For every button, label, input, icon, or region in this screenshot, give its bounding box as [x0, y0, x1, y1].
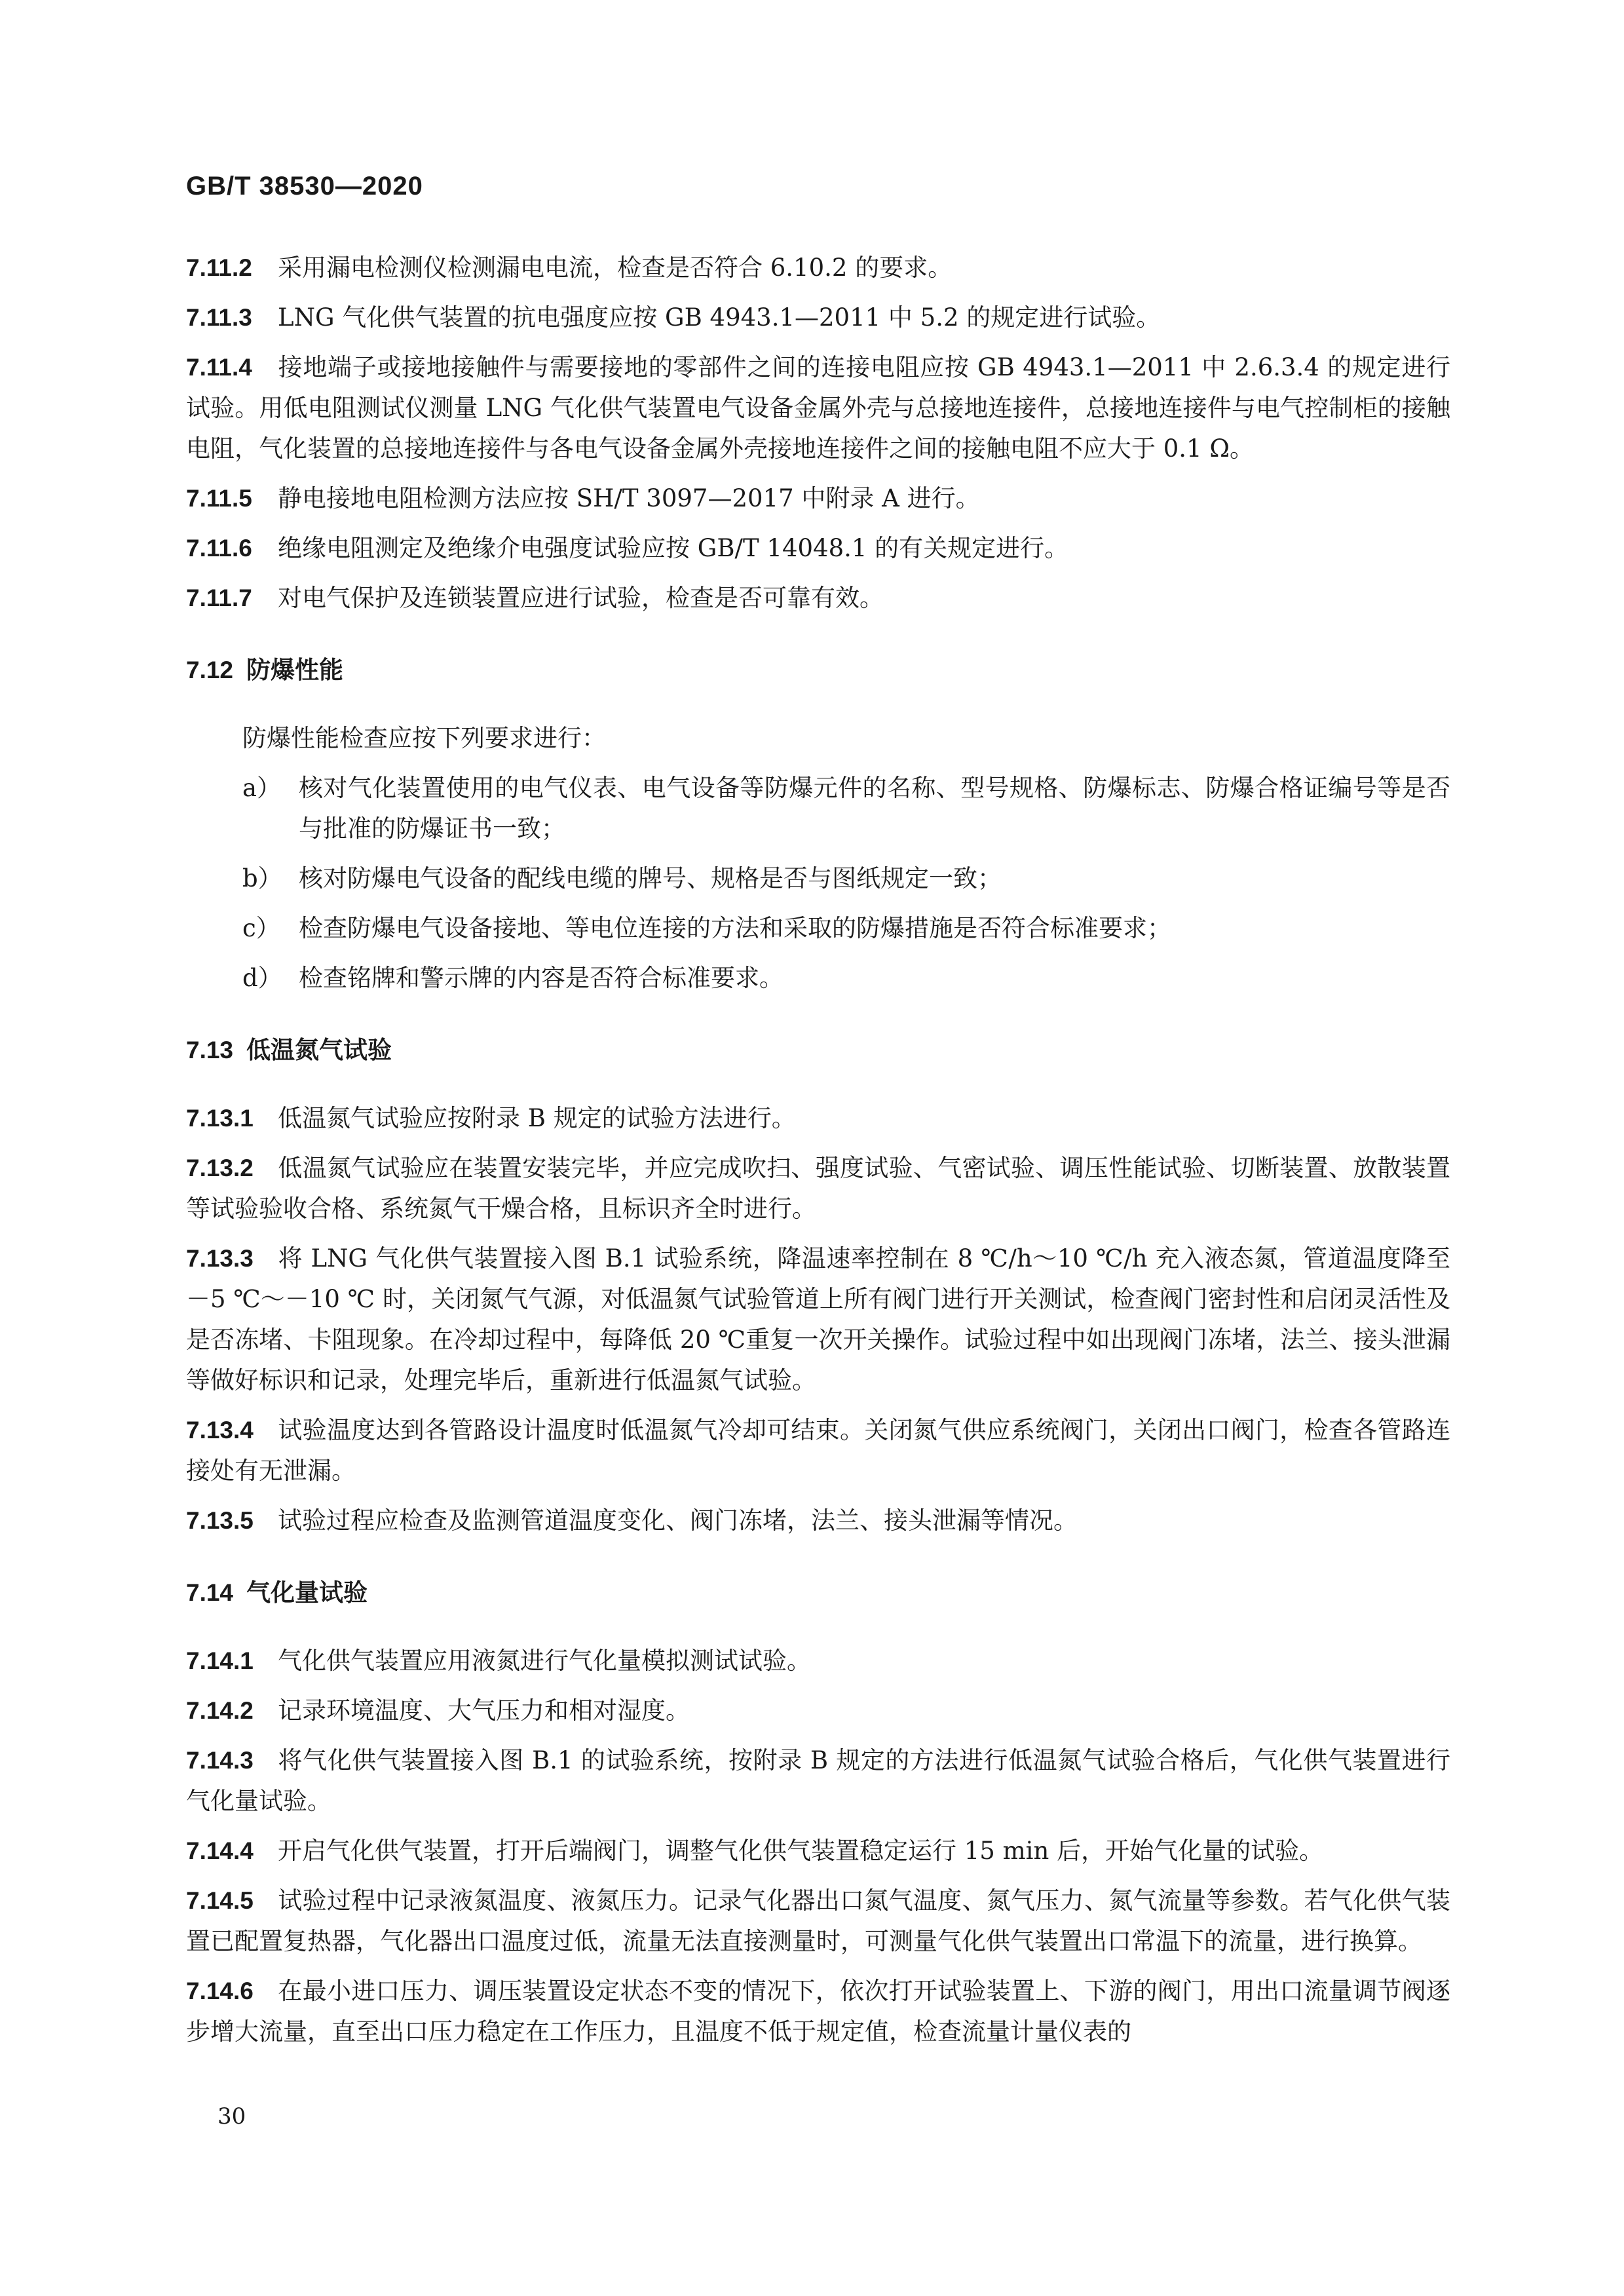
- clause-number: 7.14.5: [186, 1881, 278, 1921]
- clause-text: 低温氮气试验应按附录 B 规定的试验方法进行。: [278, 1104, 796, 1132]
- list-marker: b）: [242, 858, 299, 899]
- clause-number: 7.14.4: [186, 1831, 278, 1871]
- section-title: 气化量试验: [246, 1579, 368, 1606]
- list-text: 检查铭牌和警示牌的内容是否符合标准要求。: [299, 958, 1450, 999]
- clause-text: 试验过程应检查及监测管道温度变化、阀门冻堵，法兰、接头泄漏等情况。: [278, 1506, 1078, 1535]
- section-heading-7-14: 7.14气化量试验: [186, 1573, 1450, 1613]
- list-item-d: d）检查铭牌和警示牌的内容是否符合标准要求。: [242, 958, 1450, 999]
- clause-number: 7.11.7: [186, 578, 278, 619]
- clause-7-11-5: 7.11.5静电接地电阻检测方法应按 SH/T 3097—2017 中附录 A …: [186, 478, 1450, 519]
- document-page: GB/T 38530—2020 7.11.2采用漏电检测仪检测漏电电流，检查是否…: [0, 0, 1624, 2296]
- clause-7-13-1: 7.13.1低温氮气试验应按附录 B 规定的试验方法进行。: [186, 1098, 1450, 1139]
- section-number: 7.13: [186, 1030, 246, 1071]
- clause-text: 在最小进口压力、调压装置设定状态不变的情况下，依次打开试验装置上、下游的阀门，用…: [186, 1977, 1450, 2046]
- clause-7-14-3: 7.14.3将气化供气装置接入图 B.1 的试验系统，按附录 B 规定的方法进行…: [186, 1740, 1450, 1822]
- section-title: 低温氮气试验: [246, 1037, 392, 1063]
- clause-number: 7.11.5: [186, 478, 278, 519]
- document-body: 7.11.2采用漏电检测仪检测漏电电流，检查是否符合 6.10.2 的要求。 7…: [186, 248, 1450, 2061]
- clause-7-14-2: 7.14.2记录环境温度、大气压力和相对湿度。: [186, 1691, 1450, 1731]
- clause-number: 7.13.2: [186, 1148, 278, 1189]
- clause-text: 气化供气装置应用液氮进行气化量模拟测试试验。: [278, 1647, 811, 1675]
- list-item-c: c）检查防爆电气设备接地、等电位连接的方法和采取的防爆措施是否符合标准要求；: [242, 908, 1450, 949]
- clause-number: 7.13.4: [186, 1410, 278, 1451]
- clause-text: 接地端子或接地接触件与需要接地的零部件之间的连接电阻应按 GB 4943.1—2…: [186, 353, 1450, 463]
- clause-number: 7.11.6: [186, 528, 278, 569]
- clause-text: 将气化供气装置接入图 B.1 的试验系统，按附录 B 规定的方法进行低温氮气试验…: [186, 1746, 1450, 1815]
- clause-7-11-6: 7.11.6绝缘电阻测定及绝缘介电强度试验应按 GB/T 14048.1 的有关…: [186, 528, 1450, 569]
- list-text: 检查防爆电气设备接地、等电位连接的方法和采取的防爆措施是否符合标准要求；: [299, 908, 1450, 949]
- section-title: 防爆性能: [246, 657, 343, 683]
- clause-7-11-4: 7.11.4接地端子或接地接触件与需要接地的零部件之间的连接电阻应按 GB 49…: [186, 347, 1450, 469]
- clause-number: 7.14.2: [186, 1691, 278, 1731]
- clause-text: 低温氮气试验应在装置安装完毕，并应完成吹扫、强度试验、气密试验、调压性能试验、切…: [186, 1154, 1450, 1223]
- clause-7-13-4: 7.13.4试验温度达到各管路设计温度时低温氮气冷却可结束。关闭氮气供应系统阀门…: [186, 1410, 1450, 1491]
- clause-7-11-2: 7.11.2采用漏电检测仪检测漏电电流，检查是否符合 6.10.2 的要求。: [186, 248, 1450, 288]
- list-text: 核对气化装置使用的电气仪表、电气设备等防爆元件的名称、型号规格、防爆标志、防爆合…: [299, 768, 1450, 849]
- clause-7-11-7: 7.11.7对电气保护及连锁装置应进行试验，检查是否可靠有效。: [186, 578, 1450, 619]
- clause-text: 将 LNG 气化供气装置接入图 B.1 试验系统，降温速率控制在 8 ℃/h～1…: [186, 1244, 1450, 1394]
- clause-7-14-5: 7.14.5试验过程中记录液氮温度、液氮压力。记录气化器出口氮气温度、氮气压力、…: [186, 1881, 1450, 1962]
- clause-text: 对电气保护及连锁装置应进行试验，检查是否可靠有效。: [278, 584, 884, 612]
- clause-7-13-2: 7.13.2低温氮气试验应在装置安装完毕，并应完成吹扫、强度试验、气密试验、调压…: [186, 1148, 1450, 1229]
- clause-7-14-6: 7.14.6在最小进口压力、调压装置设定状态不变的情况下，依次打开试验装置上、下…: [186, 1971, 1450, 2052]
- clause-text: 采用漏电检测仪检测漏电电流，检查是否符合 6.10.2 的要求。: [278, 254, 952, 282]
- clause-7-14-4: 7.14.4开启气化供气装置，打开后端阀门，调整气化供气装置稳定运行 15 mi…: [186, 1831, 1450, 1871]
- clause-text: 绝缘电阻测定及绝缘介电强度试验应按 GB/T 14048.1 的有关规定进行。: [278, 534, 1068, 562]
- clause-7-13-5: 7.13.5试验过程应检查及监测管道温度变化、阀门冻堵，法兰、接头泄漏等情况。: [186, 1501, 1450, 1541]
- standard-code-header: GB/T 38530—2020: [186, 172, 423, 201]
- clause-text: 试验过程中记录液氮温度、液氮压力。记录气化器出口氮气温度、氮气压力、氮气流量等参…: [186, 1886, 1450, 1955]
- clause-number: 7.13.5: [186, 1501, 278, 1541]
- clause-number: 7.11.3: [186, 297, 278, 338]
- clause-7-14-1: 7.14.1气化供气装置应用液氮进行气化量模拟测试试验。: [186, 1641, 1450, 1681]
- clause-number: 7.11.2: [186, 248, 278, 288]
- list-item-a: a）核对气化装置使用的电气仪表、电气设备等防爆元件的名称、型号规格、防爆标志、防…: [242, 768, 1450, 849]
- list-marker: a）: [242, 768, 299, 849]
- section-heading-7-13: 7.13低温氮气试验: [186, 1030, 1450, 1071]
- clause-text: 开启气化供气装置，打开后端阀门，调整气化供气装置稳定运行 15 min 后，开始…: [278, 1837, 1323, 1865]
- clause-number: 7.13.3: [186, 1238, 278, 1279]
- page-number: 30: [217, 2103, 246, 2130]
- clause-number: 7.13.1: [186, 1098, 278, 1139]
- clause-text: 试验温度达到各管路设计温度时低温氮气冷却可结束。关闭氮气供应系统阀门，关闭出口阀…: [186, 1416, 1450, 1485]
- clause-number: 7.14.1: [186, 1641, 278, 1681]
- clause-text: 静电接地电阻检测方法应按 SH/T 3097—2017 中附录 A 进行。: [278, 484, 980, 512]
- clause-number: 7.14.3: [186, 1740, 278, 1781]
- clause-7-13-3: 7.13.3将 LNG 气化供气装置接入图 B.1 试验系统，降温速率控制在 8…: [186, 1238, 1450, 1401]
- clause-7-11-3: 7.11.3LNG 气化供气装置的抗电强度应按 GB 4943.1—2011 中…: [186, 297, 1450, 338]
- section-number: 7.12: [186, 650, 246, 691]
- section-heading-7-12: 7.12防爆性能: [186, 650, 1450, 691]
- clause-text: 记录环境温度、大气压力和相对湿度。: [278, 1696, 690, 1725]
- clause-number: 7.11.4: [186, 347, 278, 388]
- section-intro: 防爆性能检查应按下列要求进行：: [242, 718, 1450, 759]
- list-text: 核对防爆电气设备的配线电缆的牌号、规格是否与图纸规定一致；: [299, 858, 1450, 899]
- list-marker: c）: [242, 908, 299, 949]
- section-number: 7.14: [186, 1573, 246, 1613]
- list-marker: d）: [242, 958, 299, 999]
- clause-number: 7.14.6: [186, 1971, 278, 2012]
- clause-text: LNG 气化供气装置的抗电强度应按 GB 4943.1—2011 中 5.2 的…: [278, 303, 1160, 332]
- list-item-b: b）核对防爆电气设备的配线电缆的牌号、规格是否与图纸规定一致；: [242, 858, 1450, 899]
